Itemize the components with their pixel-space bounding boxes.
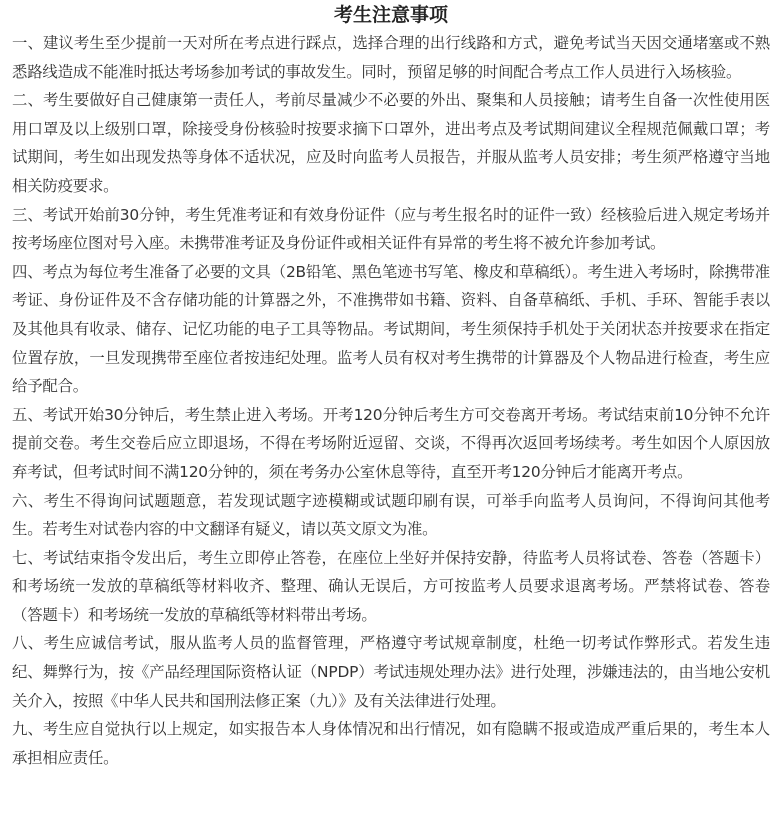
- notice-item-8: 八、考生应诚信考试，服从监考人员的监督管理，严格遵守考试规章制度，杜绝一切考试作…: [12, 629, 770, 715]
- notice-item-6: 六、考生不得询问试题题意，若发现试题字迹模糊或试题印刷有误，可举手向监考人员询问…: [12, 487, 770, 544]
- document-title: 考生注意事项: [12, 0, 770, 29]
- exam-notice-document: 考生注意事项 一、建议考生至少提前一天对所在考点进行踩点，选择合理的出行线路和方…: [0, 0, 782, 772]
- notice-item-2: 二、考生要做好自己健康第一责任人，考前尽量减少不必要的外出、聚集和人员接触；请考…: [12, 86, 770, 200]
- notice-item-5: 五、考试开始30分钟后，考生禁止进入考场。开考120分钟后考生方可交卷离开考场。…: [12, 401, 770, 487]
- notice-item-1: 一、建议考生至少提前一天对所在考点进行踩点，选择合理的出行线路和方式，避免考试当…: [12, 29, 770, 86]
- notice-item-4: 四、考点为每位考生准备了必要的文具（2B铅笔、黑色笔迹书写笔、橡皮和草稿纸）。考…: [12, 258, 770, 401]
- notice-item-3: 三、考试开始前30分钟，考生凭准考证和有效身份证件（应与考生报名时的证件一致）经…: [12, 201, 770, 258]
- notice-item-9: 九、考生应自觉执行以上规定，如实报告本人身体情况和出行情况，如有隐瞒不报或造成严…: [12, 715, 770, 772]
- notice-item-7: 七、考试结束指令发出后，考生立即停止答卷，在座位上坐好并保持安静，待监考人员将试…: [12, 544, 770, 630]
